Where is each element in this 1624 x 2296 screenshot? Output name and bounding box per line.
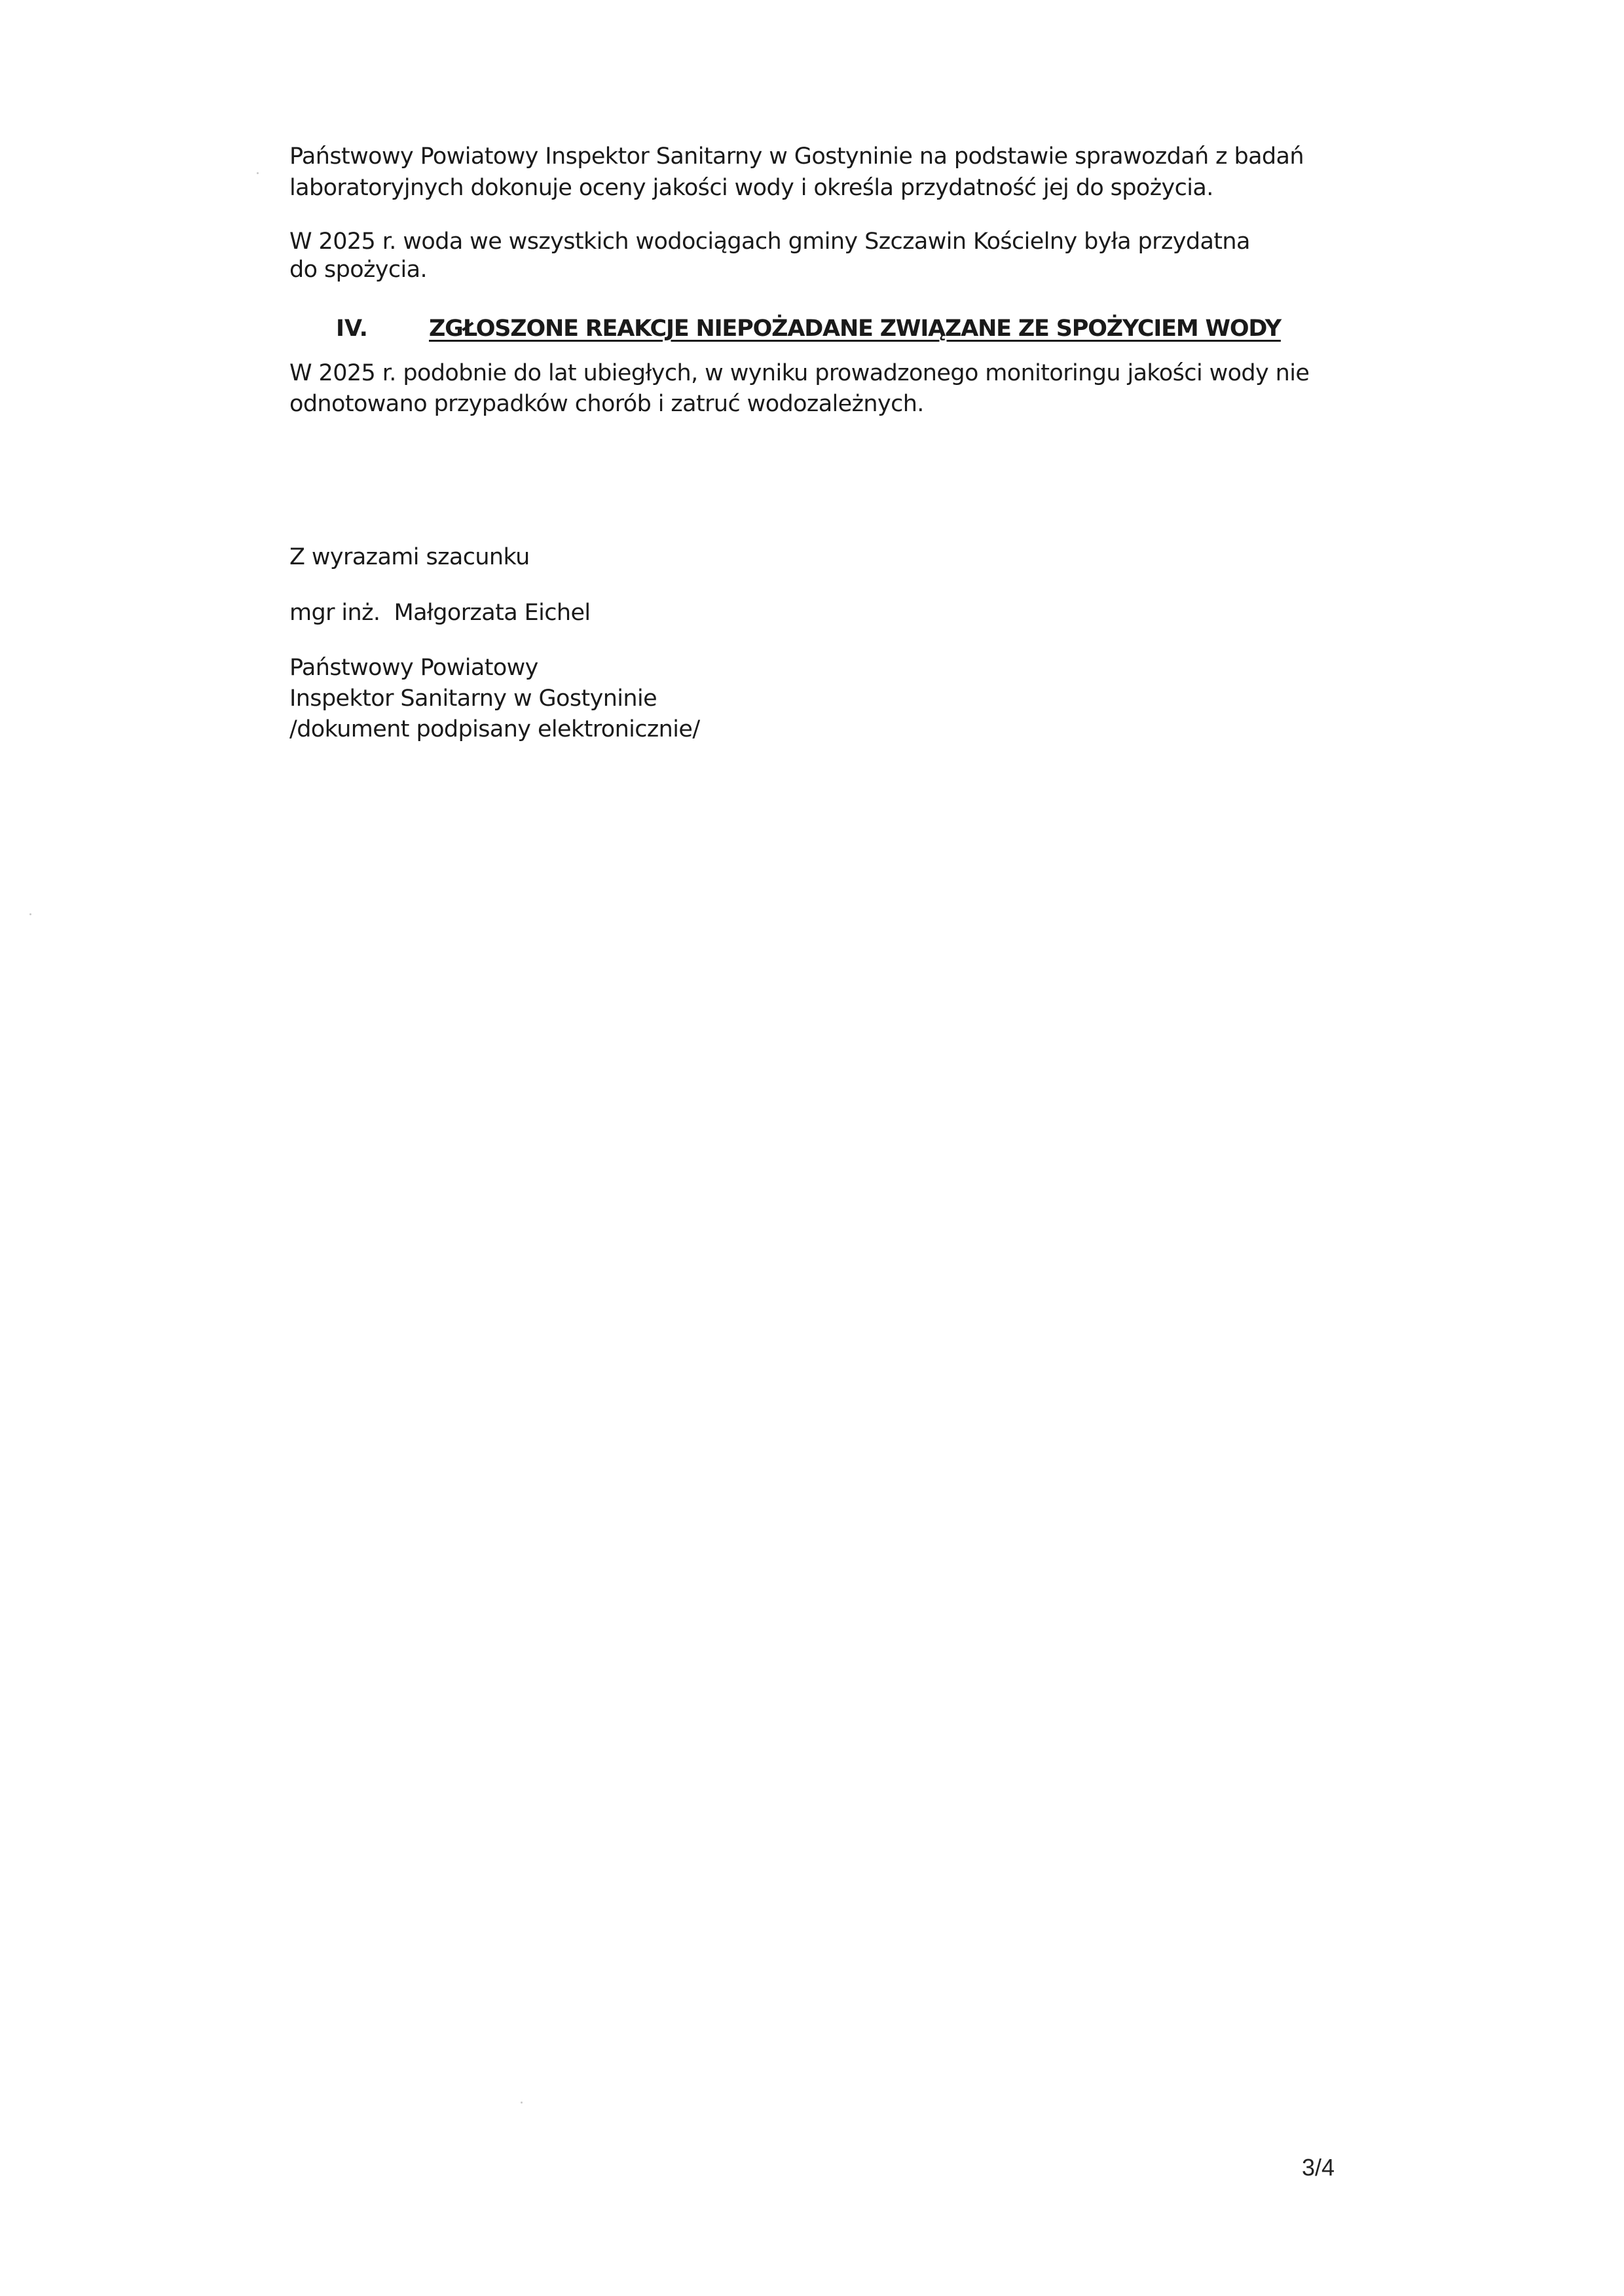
paragraph-2-line-2: do spożycia.	[289, 259, 427, 282]
page-number: 3/4	[1302, 2154, 1335, 2181]
signer-title-line-1: Państwowy Powiatowy	[289, 657, 538, 680]
section-number: IV.	[336, 316, 368, 342]
signer-title-line-3: /dokument podpisany elektronicznie/	[289, 718, 700, 741]
paragraph-1-line-2: laboratoryjnych dokonuje oceny jakości w…	[289, 177, 1213, 200]
signer-name: mgr inż. Małgorzata Eichel	[289, 602, 591, 625]
signer-title-line-2: Inspektor Sanitarny w Gostyninie	[289, 687, 657, 710]
section-paragraph-line-2: odnotowano przypadków chorób i zatruć wo…	[289, 393, 924, 416]
scan-speck	[29, 913, 31, 915]
document-page: Państwowy Powiatowy Inspektor Sanitarny …	[0, 0, 1624, 2296]
scan-speck	[257, 172, 259, 174]
closing-salutation: Z wyrazami szacunku	[289, 546, 530, 569]
paragraph-2-line-1: W 2025 r. woda we wszystkich wodociągach…	[289, 230, 1250, 253]
section-paragraph-line-1: W 2025 r. podobnie do lat ubiegłych, w w…	[289, 362, 1309, 385]
paragraph-1-line-1: Państwowy Powiatowy Inspektor Sanitarny …	[289, 145, 1304, 168]
section-heading: ZGŁOSZONE REAKCJE NIEPOŻADANE ZWIĄZANE Z…	[429, 316, 1281, 342]
scan-speck	[521, 2102, 523, 2104]
